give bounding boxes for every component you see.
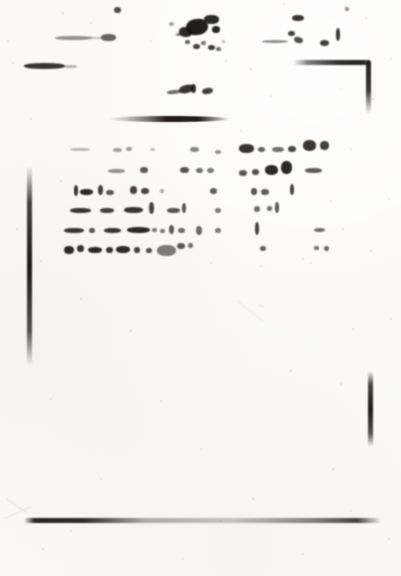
noise-speck <box>390 318 392 320</box>
noise-speck <box>302 258 304 260</box>
ink-mark <box>106 247 113 253</box>
noise-speck <box>283 3 285 5</box>
ink-mark <box>185 40 190 44</box>
ink-mark <box>152 228 157 232</box>
ink-mark <box>182 203 186 213</box>
ink-mark <box>260 246 266 251</box>
noise-speck <box>310 262 312 264</box>
ink-mark <box>267 206 272 211</box>
ink-mark <box>149 202 154 214</box>
ink-mark <box>108 169 125 173</box>
noise-speck <box>100 478 102 480</box>
ink-mark <box>222 40 225 43</box>
noise-speck <box>330 200 332 202</box>
body-text-block <box>0 0 401 576</box>
ink-mark <box>208 45 215 50</box>
noise-speck <box>290 370 292 372</box>
noise-speck <box>365 17 367 19</box>
noise-speck <box>50 398 52 400</box>
noise-speck <box>345 6 347 8</box>
ink-mark <box>288 146 296 152</box>
noise-speck <box>90 22 92 24</box>
ink-mark <box>24 63 65 69</box>
ink-mark <box>177 243 185 249</box>
noise-speck <box>342 228 344 230</box>
ink-mark <box>196 226 202 235</box>
noise-speck <box>220 520 222 522</box>
noise-speck <box>40 260 42 262</box>
ink-mark <box>305 168 322 173</box>
ink-mark <box>126 147 132 151</box>
ink-mark <box>98 185 103 195</box>
scratch-artifacts <box>0 0 401 576</box>
ink-mark <box>252 169 259 175</box>
noise-speck <box>62 12 64 14</box>
ink-mark <box>146 248 152 253</box>
noise-speck <box>252 498 254 500</box>
noise-speck <box>372 98 374 100</box>
header-right-annotation <box>0 0 401 576</box>
ink-mark <box>262 40 288 43</box>
noise-speck <box>332 468 334 470</box>
noise-speck <box>160 400 162 402</box>
ink-mark <box>114 7 121 13</box>
ink-mark <box>261 189 269 195</box>
letter-title-calligraphy <box>0 0 401 576</box>
ink-mark <box>124 207 143 213</box>
noise-speck <box>270 95 272 97</box>
ink-mark <box>140 167 148 173</box>
noise-speck <box>118 9 120 11</box>
ink-mark <box>150 148 155 151</box>
noise-speck <box>240 130 242 132</box>
ink-mark <box>74 185 78 196</box>
header-left-annotation <box>0 0 401 576</box>
noise-speck <box>340 88 342 90</box>
noise-speck <box>200 448 202 450</box>
noise-speck <box>352 328 354 330</box>
ink-mark <box>55 36 93 40</box>
page-edge-right-lower <box>368 371 373 447</box>
ink-mark <box>104 228 121 233</box>
noise-speck <box>350 510 352 512</box>
ink-mark <box>281 161 292 174</box>
ink-mark <box>160 189 164 193</box>
noise-speck <box>60 180 62 182</box>
ink-mark <box>167 208 180 213</box>
ink-mark <box>258 304 264 308</box>
ink-mark <box>204 15 219 24</box>
noise-speck <box>150 40 152 42</box>
noise-speck <box>340 383 342 385</box>
ink-mark <box>201 41 206 45</box>
ink-mark <box>210 188 217 194</box>
page-edge-bottom <box>24 518 382 523</box>
ink-mark <box>275 202 279 213</box>
ink-mark <box>167 89 181 94</box>
ink-mark <box>77 245 84 252</box>
noise-speck <box>12 62 14 64</box>
ink-mark <box>336 28 340 41</box>
title-underline-rule <box>108 116 230 122</box>
ink-mark <box>176 33 181 36</box>
noise-speck <box>182 558 184 560</box>
ink-mark <box>130 186 137 194</box>
ink-mark <box>178 228 185 233</box>
ink-mark <box>101 34 116 41</box>
ink-mark <box>89 228 95 233</box>
ink-mark <box>320 141 329 150</box>
ink-mark <box>290 184 294 195</box>
ink-mark <box>116 246 130 253</box>
noise-speck <box>390 58 392 60</box>
page-edge-left <box>27 166 32 366</box>
scanned-document-page <box>0 0 401 576</box>
ink-mark <box>6 498 28 515</box>
noise-speck <box>70 530 72 532</box>
ink-mark <box>239 170 247 176</box>
noise-speck <box>250 68 252 70</box>
ink-mark <box>216 47 221 51</box>
ink-mark <box>212 26 220 33</box>
ink-mark <box>64 65 77 68</box>
ink-mark <box>236 300 264 323</box>
paper-edges <box>0 0 401 576</box>
ink-mark <box>64 246 74 254</box>
noise-speck <box>30 118 32 120</box>
fold-corner-top-right-h <box>293 60 369 65</box>
noise-speck <box>80 298 82 300</box>
ink-mark <box>3 506 31 520</box>
ink-mark <box>272 147 284 152</box>
ink-mark <box>70 148 90 151</box>
ink-mark <box>179 26 193 37</box>
ink-mark <box>215 208 221 213</box>
ink-mark <box>157 245 176 256</box>
ink-mark <box>207 168 214 173</box>
ink-mark <box>191 84 196 93</box>
noise-speck <box>260 265 262 267</box>
ink-mark <box>258 147 265 152</box>
ink-mark <box>185 18 209 37</box>
ink-mark <box>254 206 260 212</box>
ink-mark <box>127 227 150 233</box>
ink-mark <box>180 167 189 173</box>
ink-mark <box>141 188 149 194</box>
noise-speck <box>302 553 304 555</box>
noise-speck <box>388 538 390 540</box>
ink-mark <box>160 229 165 233</box>
ink-mark <box>239 144 254 153</box>
noise-speck <box>350 148 352 150</box>
ink-mark <box>251 188 257 195</box>
ink-mark <box>196 168 203 173</box>
ink-mark <box>80 189 93 195</box>
ink-mark <box>100 208 114 213</box>
letterhead-emblem-icon <box>0 0 401 576</box>
ink-mark <box>288 31 295 36</box>
ink-mark <box>265 165 278 175</box>
ink-mark <box>92 37 102 39</box>
ink-mark <box>255 222 259 235</box>
ink-mark <box>70 208 91 213</box>
ink-mark <box>215 228 221 233</box>
ink-mark <box>178 83 194 94</box>
ink-mark <box>314 246 319 250</box>
ink-mark <box>314 228 325 232</box>
noise-speck <box>16 228 18 230</box>
ink-mark <box>113 148 122 152</box>
noise-speck <box>370 250 372 252</box>
ink-mark <box>320 40 329 46</box>
ink-mark <box>345 7 349 11</box>
ink-mark <box>193 44 200 49</box>
ink-mark <box>202 87 214 95</box>
ink-mark <box>293 36 303 44</box>
noise-speck <box>7 40 9 42</box>
ink-mark <box>106 190 114 195</box>
noise-speck <box>42 548 44 550</box>
noise-speck <box>225 60 227 62</box>
ink-mark <box>169 22 174 26</box>
noise-speck <box>210 262 212 264</box>
ink-mark <box>303 140 316 151</box>
noise-speck <box>130 330 132 332</box>
ink-mark <box>324 246 329 251</box>
ink-mark <box>215 150 221 154</box>
scan-noise <box>0 0 401 576</box>
fold-corner-top-right-v <box>366 60 371 114</box>
ink-mark <box>134 247 140 253</box>
ink-mark <box>88 247 102 253</box>
ink-mark <box>169 225 174 234</box>
noise-speck <box>388 198 390 200</box>
ink-mark <box>292 15 304 21</box>
ink-mark <box>190 147 199 152</box>
ink-mark <box>64 228 84 233</box>
ink-mark <box>188 243 193 248</box>
